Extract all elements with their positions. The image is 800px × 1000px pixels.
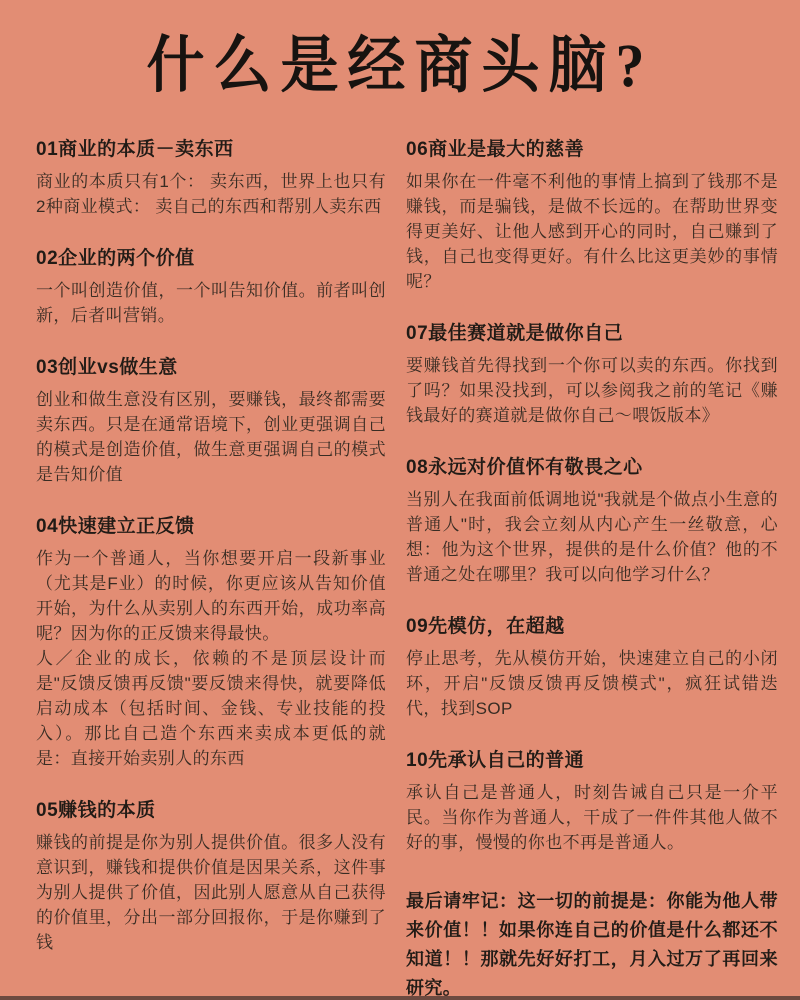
section-heading: 07最佳赛道就是做你自己 [406, 321, 778, 347]
section-paragraph: 赚钱的前提是你为别人提供价值。很多人没有意识到，赚钱和提供价值是因果关系，这件事… [36, 830, 386, 955]
poster-title: 什么是经商头脑? [0, 28, 800, 105]
section-heading: 01商业的本质－卖东西 [36, 137, 386, 163]
section-paragraph: 承认自己是普通人，时刻告诫自己只是一介平民。当你作为普通人，干成了一件件其他人做… [406, 780, 778, 855]
section-10: 10先承认自己的普通 承认自己是普通人，时刻告诫自己只是一介平民。当你作为普通人… [406, 748, 778, 855]
section-heading: 02企业的两个价值 [36, 246, 386, 272]
poster: 什么是经商头脑? 01商业的本质－卖东西 商业的本质只有1个： 卖东西，世界上也… [0, 0, 800, 1000]
section-05: 05赚钱的本质 赚钱的前提是你为别人提供价值。很多人没有意识到，赚钱和提供价值是… [36, 798, 386, 955]
section-04: 04快速建立正反馈 作为一个普通人，当你想要开启一段新事业（尤其是F业）的时候，… [36, 514, 386, 771]
section-heading: 05赚钱的本质 [36, 798, 386, 824]
section-02: 02企业的两个价值 一个叫创造价值，一个叫告知价值。前者叫创新，后者叫营销。 [36, 246, 386, 328]
bottom-edge-line [0, 996, 800, 1000]
section-08: 08永远对价值怀有敬畏之心 当别人在我面前低调地说"我就是个做点小生意的普通人"… [406, 455, 778, 587]
section-paragraph: 如果你在一件毫不利他的事情上搞到了钱那不是赚钱，而是骗钱，是做不长远的。在帮助世… [406, 169, 778, 294]
right-column: 06商业是最大的慈善 如果你在一件毫不利他的事情上搞到了钱那不是赚钱，而是骗钱，… [406, 137, 778, 1000]
section-paragraph: 停止思考，先从模仿开始，快速建立自己的小闭环，开启"反馈反馈再反馈模式"，疯狂试… [406, 646, 778, 721]
left-column: 01商业的本质－卖东西 商业的本质只有1个： 卖东西，世界上也只有2种商业模式：… [36, 137, 386, 955]
section-heading: 06商业是最大的慈善 [406, 137, 778, 163]
final-reminder-text: 最后请牢记：这一切的前提是：你能为他人带来价值！！如果你连自己的价值是什么都还不… [406, 887, 778, 1000]
section-09: 09先模仿，在超越 停止思考，先从模仿开始，快速建立自己的小闭环，开启"反馈反馈… [406, 614, 778, 721]
section-paragraph: 要赚钱首先得找到一个你可以卖的东西。你找到了吗？如果没找到，可以参阅我之前的笔记… [406, 353, 778, 428]
section-paragraph: 创业和做生意没有区别，要赚钱，最终都需要卖东西。只是在通常语境下，创业更强调自己… [36, 387, 386, 487]
section-heading: 08永远对价值怀有敬畏之心 [406, 455, 778, 481]
section-paragraph: 作为一个普通人，当你想要开启一段新事业（尤其是F业）的时候，你更应该从告知价值开… [36, 546, 386, 646]
content-columns: 01商业的本质－卖东西 商业的本质只有1个： 卖东西，世界上也只有2种商业模式：… [0, 137, 800, 1000]
section-heading: 03创业vs做生意 [36, 355, 386, 381]
section-paragraph: 商业的本质只有1个： 卖东西，世界上也只有2种商业模式： 卖自己的东西和帮别人卖… [36, 169, 386, 219]
section-heading: 04快速建立正反馈 [36, 514, 386, 540]
section-01: 01商业的本质－卖东西 商业的本质只有1个： 卖东西，世界上也只有2种商业模式：… [36, 137, 386, 219]
section-06: 06商业是最大的慈善 如果你在一件毫不利他的事情上搞到了钱那不是赚钱，而是骗钱，… [406, 137, 778, 294]
section-paragraph: 人／企业的成长，依赖的不是顶层设计而是"反馈反馈再反馈"要反馈来得快，就要降低启… [36, 646, 386, 771]
section-heading: 09先模仿，在超越 [406, 614, 778, 640]
section-heading: 10先承认自己的普通 [406, 748, 778, 774]
section-03: 03创业vs做生意 创业和做生意没有区别，要赚钱，最终都需要卖东西。只是在通常语… [36, 355, 386, 487]
section-07: 07最佳赛道就是做你自己 要赚钱首先得找到一个你可以卖的东西。你找到了吗？如果没… [406, 321, 778, 428]
section-paragraph: 一个叫创造价值，一个叫告知价值。前者叫创新，后者叫营销。 [36, 278, 386, 328]
section-paragraph: 当别人在我面前低调地说"我就是个做点小生意的普通人"时，我会立刻从内心产生一丝敬… [406, 487, 778, 587]
final-reminder: 最后请牢记：这一切的前提是：你能为他人带来价值！！如果你连自己的价值是什么都还不… [406, 887, 778, 1000]
